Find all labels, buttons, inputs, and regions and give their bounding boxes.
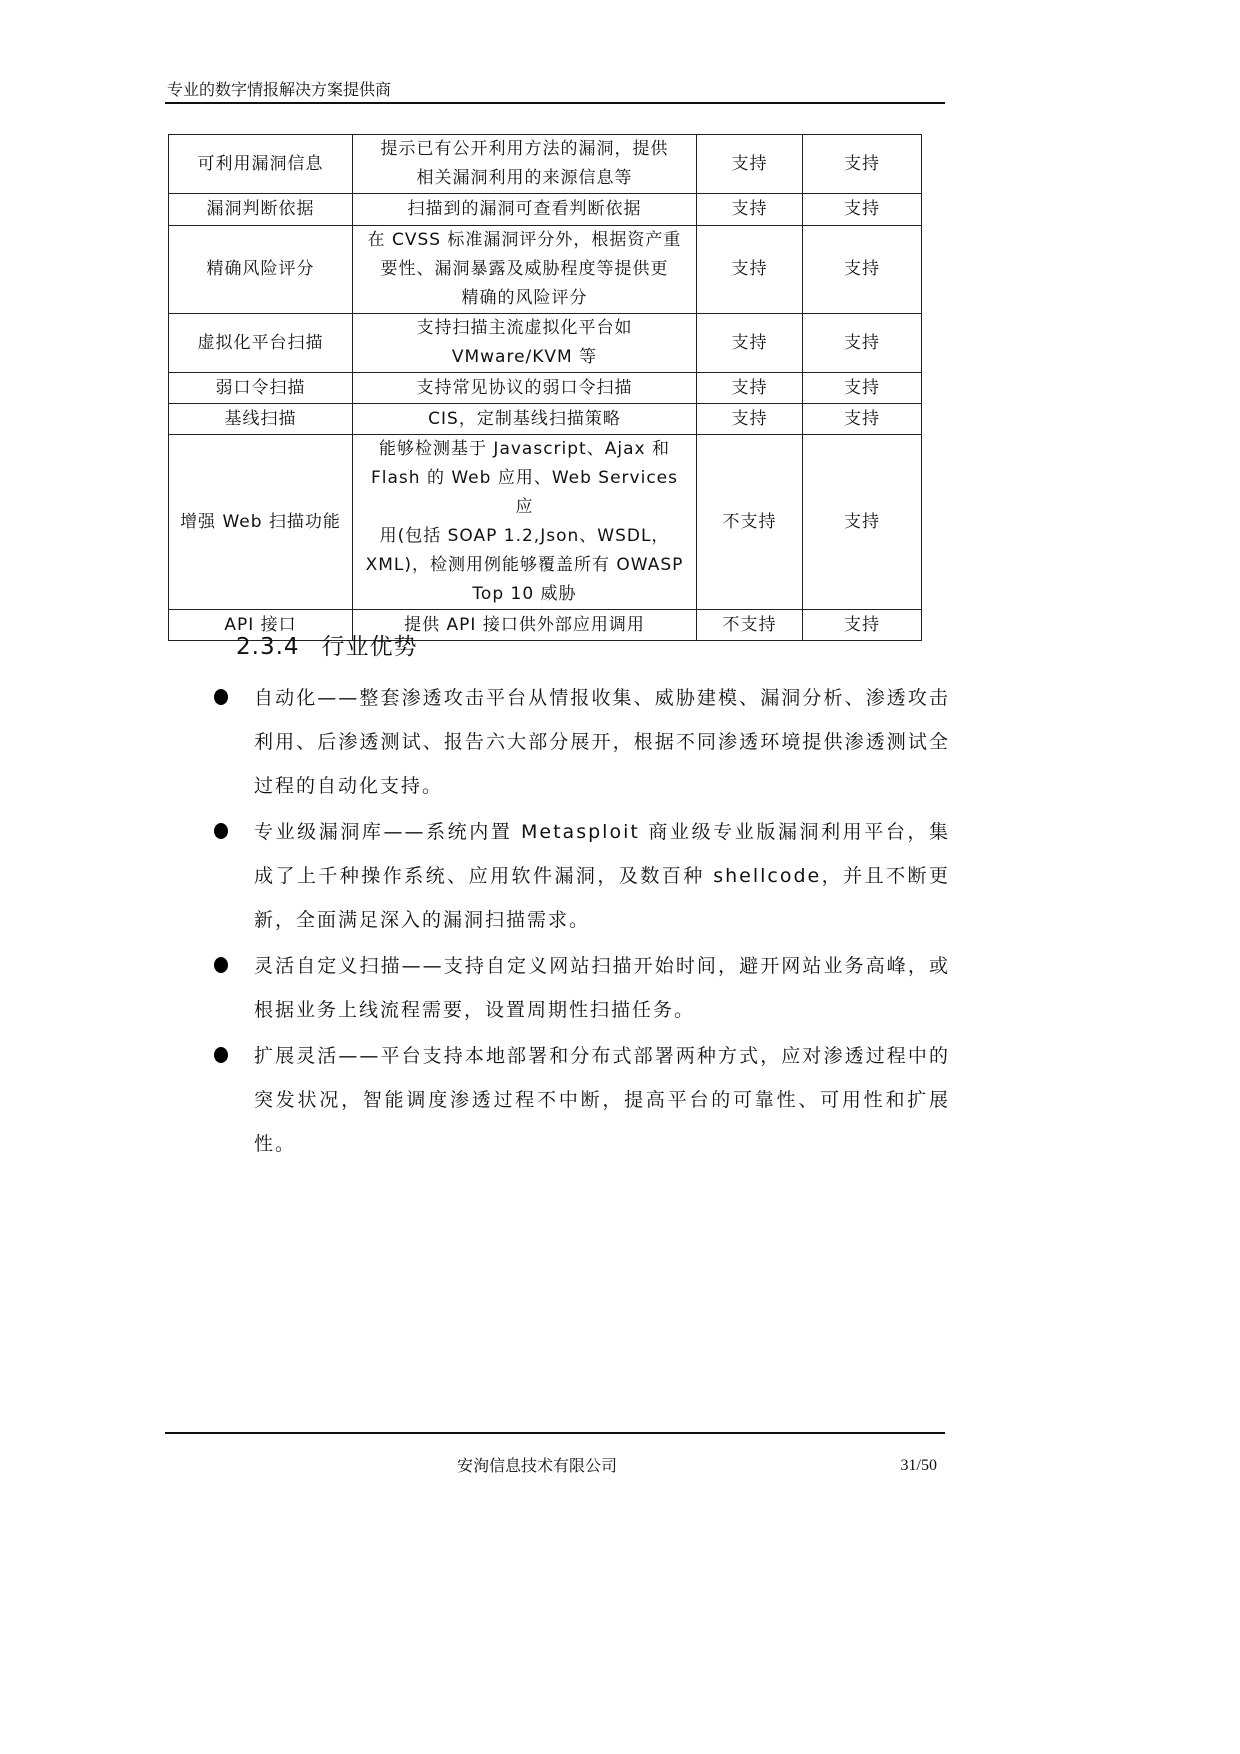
support-cell-col3: 支持 xyxy=(697,226,803,314)
table-row: 增强 Web 扫描功能 能够检测基于 Javascript、Ajax 和Flas… xyxy=(169,435,922,610)
feature-cell: 增强 Web 扫描功能 xyxy=(169,435,353,610)
page-header: 专业的数字情报解决方案提供商 xyxy=(165,78,945,104)
section-heading: 2.3.4行业优势 xyxy=(236,630,418,664)
description-cell: CIS，定制基线扫描策略 xyxy=(353,404,697,435)
bullet-icon xyxy=(214,957,228,973)
page-number: 31/50 xyxy=(901,1456,937,1476)
description-cell: 提示已有公开利用方法的漏洞，提供相关漏洞利用的来源信息等 xyxy=(353,135,697,194)
table-row: 精确风险评分 在 CVSS 标准漏洞评分外，根据资产重要性、漏洞暴露及威胁程度等… xyxy=(169,226,922,314)
description-line: 用(包括 SOAP 1.2,Json、WSDL， xyxy=(363,522,686,551)
description-cell: 支持常见协议的弱口令扫描 xyxy=(353,373,697,404)
header-title: 专业的数字情报解决方案提供商 xyxy=(167,80,391,100)
page-footer: 安洵信息技术有限公司 31/50 xyxy=(165,1432,945,1484)
feature-cell: 精确风险评分 xyxy=(169,226,353,314)
description-line: CIS，定制基线扫描策略 xyxy=(363,405,686,434)
description-line: Top 10 威胁 xyxy=(363,580,686,609)
support-cell-col3: 支持 xyxy=(697,135,803,194)
description-cell: 扫描到的漏洞可查看判断依据 xyxy=(353,194,697,226)
description-cell: 支持扫描主流虚拟化平台如VMware/KVM 等 xyxy=(353,314,697,373)
section-title: 行业优势 xyxy=(322,634,418,660)
support-cell-col4: 支持 xyxy=(803,135,922,194)
description-line: 支持常见协议的弱口令扫描 xyxy=(363,374,686,403)
support-cell-col3: 支持 xyxy=(697,314,803,373)
advantages-list: 自动化——整套渗透攻击平台从情报收集、威胁建模、漏洞分析、渗透攻击利用、后渗透测… xyxy=(210,676,950,1168)
support-cell-col4: 支持 xyxy=(803,404,922,435)
table-row: 基线扫描 CIS，定制基线扫描策略 支持 支持 xyxy=(169,404,922,435)
feature-cell: 可利用漏洞信息 xyxy=(169,135,353,194)
footer-company: 安洵信息技术有限公司 xyxy=(457,1456,617,1476)
list-item-text: 扩展灵活——平台支持本地部署和分布式部署两种方式，应对渗透过程中的突发状况，智能… xyxy=(254,1045,950,1155)
bullet-icon xyxy=(214,823,228,839)
support-cell-col3: 支持 xyxy=(697,373,803,404)
section-number: 2.3.4 xyxy=(236,634,300,660)
list-item: 灵活自定义扫描——支持自定义网站扫描开始时间，避开网站业务高峰，或根据业务上线流… xyxy=(210,944,950,1032)
feature-cell: 基线扫描 xyxy=(169,404,353,435)
description-line: XML)，检测用例能够覆盖所有 OWASP xyxy=(363,551,686,580)
feature-cell: 虚拟化平台扫描 xyxy=(169,314,353,373)
feature-cell: 弱口令扫描 xyxy=(169,373,353,404)
support-cell-col4: 支持 xyxy=(803,610,922,641)
support-cell-col3: 支持 xyxy=(697,194,803,226)
support-cell-col4: 支持 xyxy=(803,314,922,373)
description-line: 提示已有公开利用方法的漏洞，提供 xyxy=(363,135,686,164)
description-line: 在 CVSS 标准漏洞评分外，根据资产重 xyxy=(363,226,686,255)
list-item: 扩展灵活——平台支持本地部署和分布式部署两种方式，应对渗透过程中的突发状况，智能… xyxy=(210,1034,950,1166)
description-line: 扫描到的漏洞可查看判断依据 xyxy=(363,195,686,224)
list-item-text: 专业级漏洞库——系统内置 Metasploit 商业级专业版漏洞利用平台，集成了… xyxy=(254,821,950,931)
description-line: Flash 的 Web 应用、Web Services 应 xyxy=(363,464,686,522)
table-row: 虚拟化平台扫描 支持扫描主流虚拟化平台如VMware/KVM 等 支持 支持 xyxy=(169,314,922,373)
support-cell-col4: 支持 xyxy=(803,194,922,226)
support-cell-col3: 不支持 xyxy=(697,435,803,610)
description-cell: 在 CVSS 标准漏洞评分外，根据资产重要性、漏洞暴露及威胁程度等提供更精确的风… xyxy=(353,226,697,314)
description-cell: 能够检测基于 Javascript、Ajax 和Flash 的 Web 应用、W… xyxy=(353,435,697,610)
support-cell-col4: 支持 xyxy=(803,373,922,404)
description-line: 相关漏洞利用的来源信息等 xyxy=(363,164,686,193)
list-item-text: 灵活自定义扫描——支持自定义网站扫描开始时间，避开网站业务高峰，或根据业务上线流… xyxy=(254,955,950,1021)
description-line: 能够检测基于 Javascript、Ajax 和 xyxy=(363,435,686,464)
description-line: 精确的风险评分 xyxy=(363,284,686,313)
feature-cell: 漏洞判断依据 xyxy=(169,194,353,226)
description-line: 支持扫描主流虚拟化平台如 xyxy=(363,314,686,343)
feature-comparison-table: 可利用漏洞信息 提示已有公开利用方法的漏洞，提供相关漏洞利用的来源信息等 支持 … xyxy=(168,134,922,641)
table-row: 可利用漏洞信息 提示已有公开利用方法的漏洞，提供相关漏洞利用的来源信息等 支持 … xyxy=(169,135,922,194)
table-row: 漏洞判断依据 扫描到的漏洞可查看判断依据 支持 支持 xyxy=(169,194,922,226)
list-item: 自动化——整套渗透攻击平台从情报收集、威胁建模、漏洞分析、渗透攻击利用、后渗透测… xyxy=(210,676,950,808)
support-cell-col3: 不支持 xyxy=(697,610,803,641)
support-cell-col3: 支持 xyxy=(697,404,803,435)
bullet-icon xyxy=(214,1047,228,1063)
list-item: 专业级漏洞库——系统内置 Metasploit 商业级专业版漏洞利用平台，集成了… xyxy=(210,810,950,942)
bullet-icon xyxy=(214,689,228,705)
list-item-text: 自动化——整套渗透攻击平台从情报收集、威胁建模、漏洞分析、渗透攻击利用、后渗透测… xyxy=(254,687,950,797)
table-row: 弱口令扫描 支持常见协议的弱口令扫描 支持 支持 xyxy=(169,373,922,404)
support-cell-col4: 支持 xyxy=(803,435,922,610)
description-line: 要性、漏洞暴露及威胁程度等提供更 xyxy=(363,255,686,284)
description-line: VMware/KVM 等 xyxy=(363,343,686,372)
support-cell-col4: 支持 xyxy=(803,226,922,314)
